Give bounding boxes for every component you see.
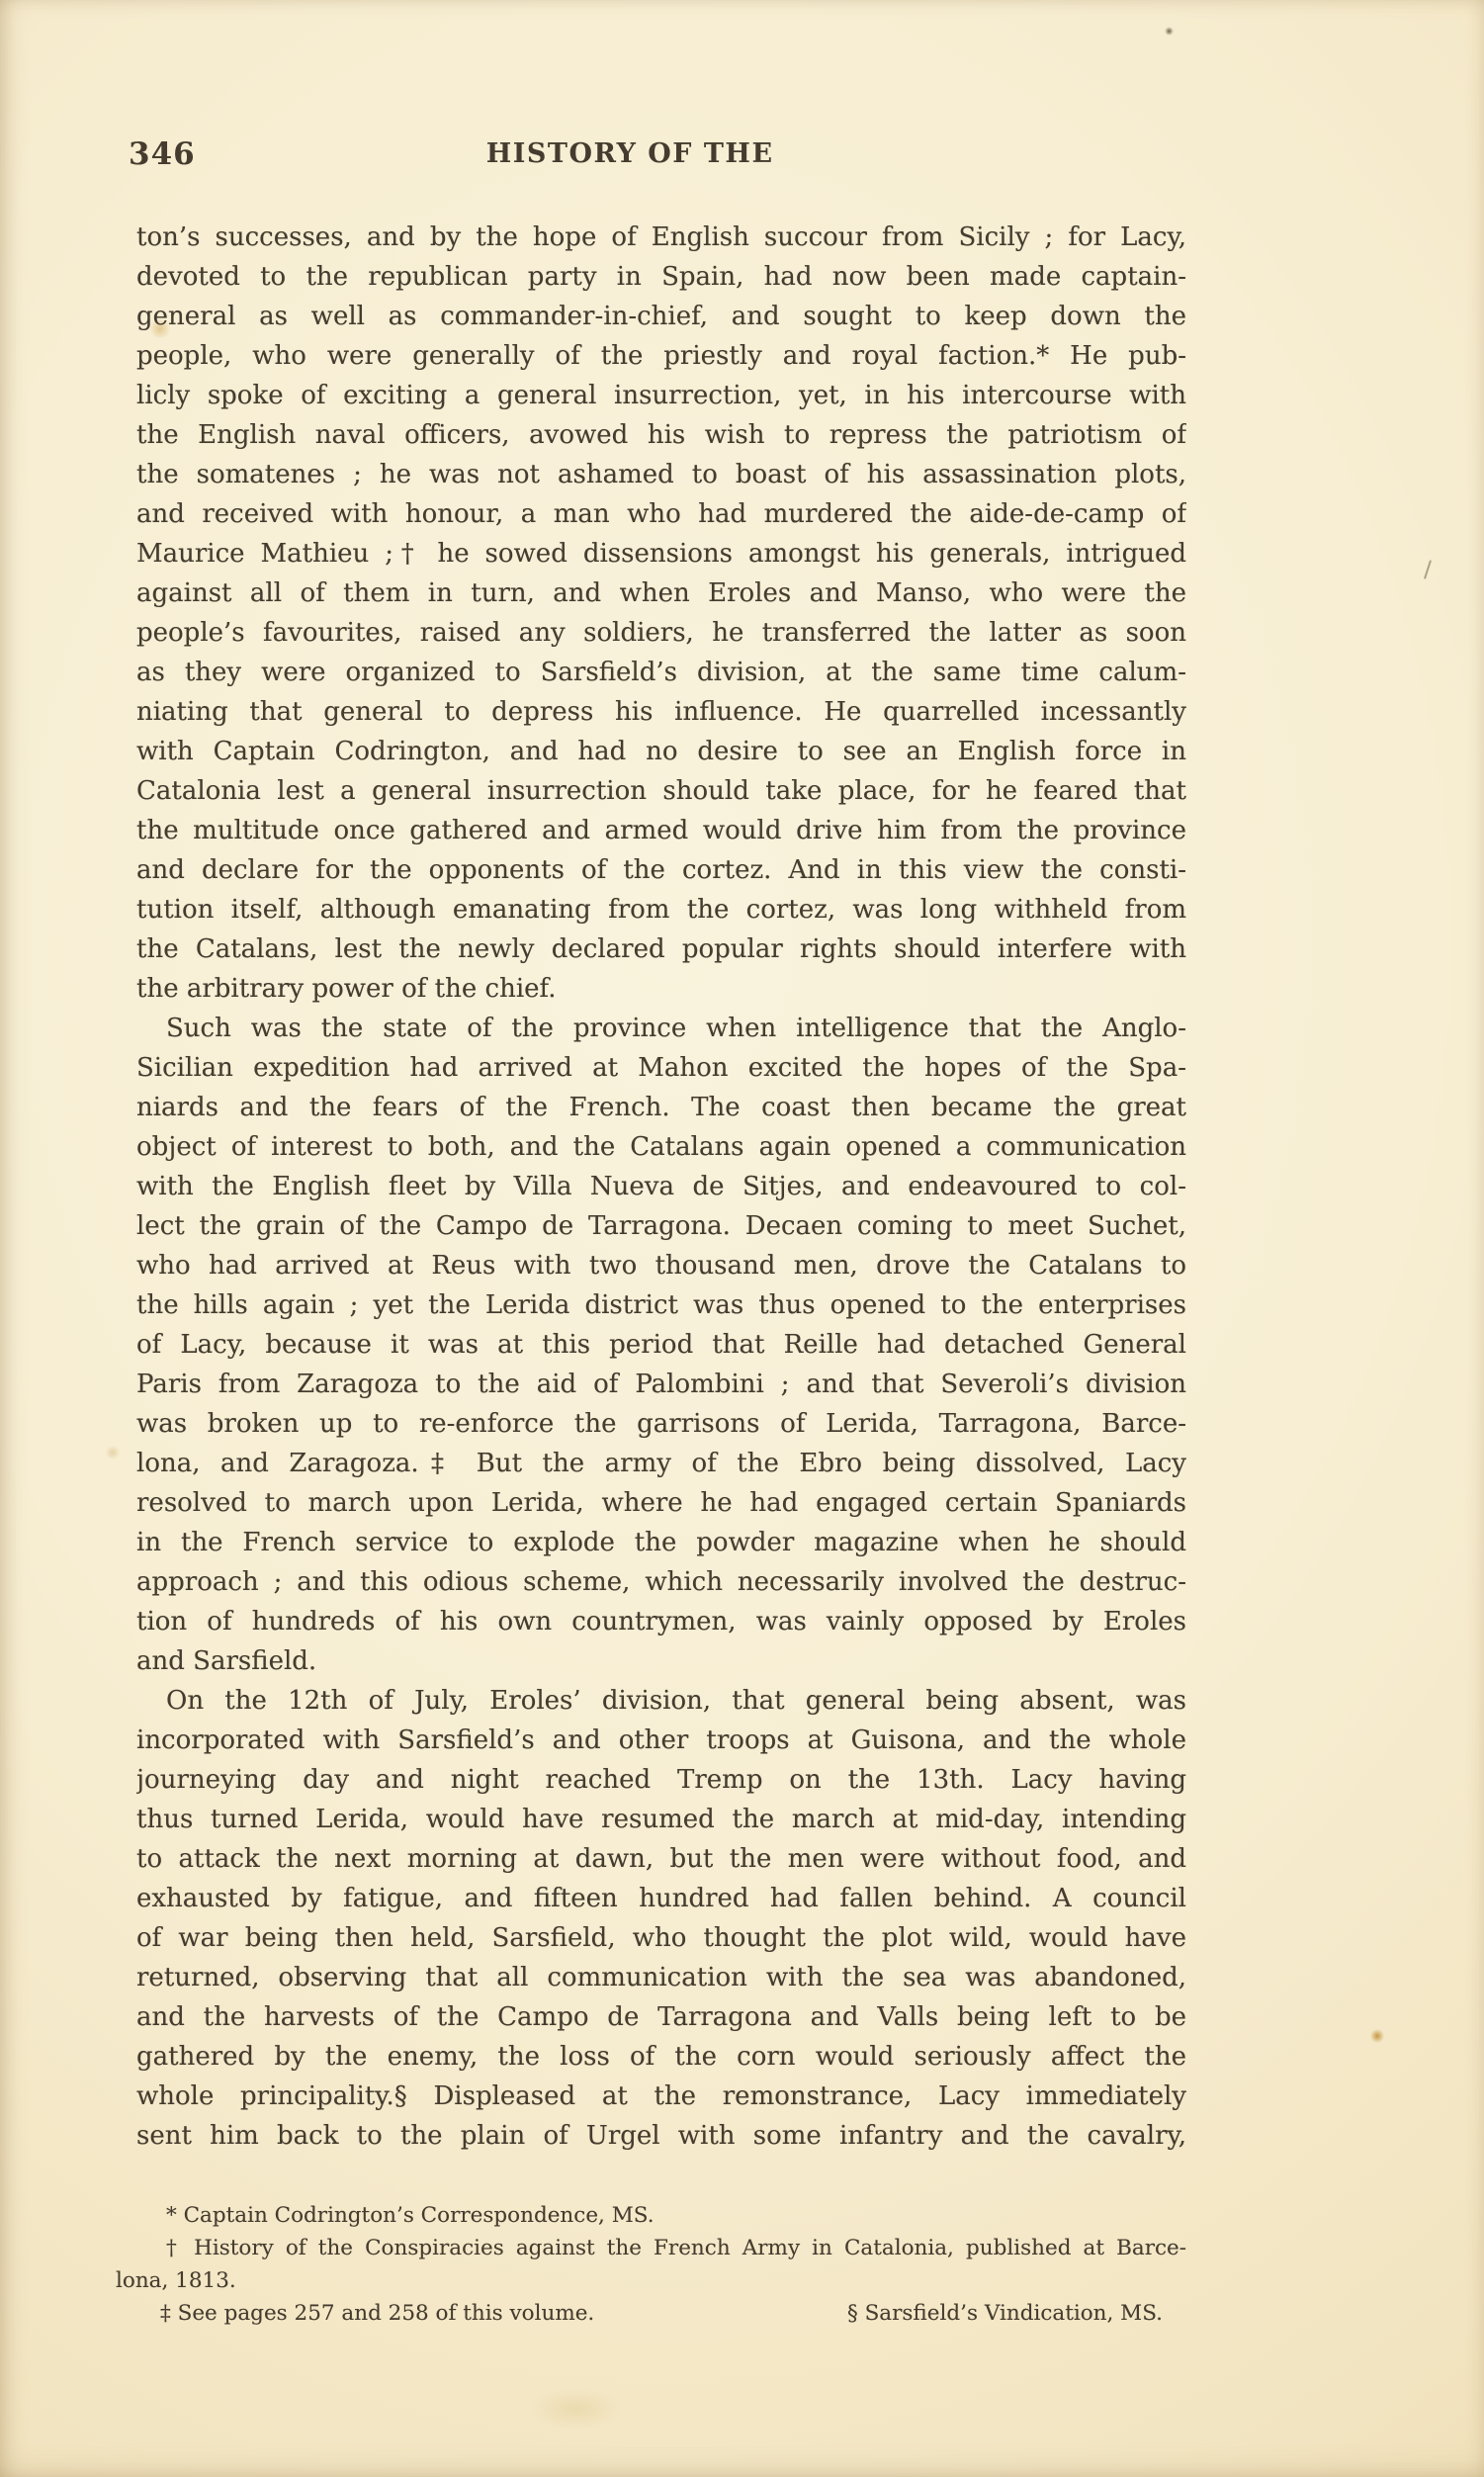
footnote-left: ‡ See pages 257 and 258 of this volume.	[136, 2297, 594, 2330]
text-line: in the French service to explode the pow…	[136, 1523, 1186, 1562]
text-line: the multitude once gathered and armed wo…	[136, 811, 1186, 850]
text-line: against all of them in turn, and when Er…	[136, 574, 1186, 613]
text-line: incorporated with Sarsfield’s and other …	[136, 1721, 1186, 1760]
text-line: the Catalans, lest the newly declared po…	[136, 929, 1186, 969]
text-line: the somatenes ; he was not ashamed to bo…	[136, 455, 1186, 494]
text-line: was broken up to re-enforce the garrison…	[136, 1404, 1186, 1444]
page-stain	[529, 2388, 623, 2430]
text-line: and Sarsfield.	[136, 1641, 1186, 1681]
text-line: thus turned Lerida, would have resumed t…	[136, 1800, 1186, 1839]
text-line: Maurice Mathieu ;† he sowed dissensions …	[136, 534, 1186, 574]
text-line: niating that general to depress his infl…	[136, 692, 1186, 732]
text-line: exhausted by fatigue, and fifteen hundre…	[136, 1879, 1186, 1918]
text-line: whole principality.§ Displeased at the r…	[136, 2077, 1186, 2116]
text-line: journeying day and night reached Tremp o…	[136, 1760, 1186, 1800]
text-line: tution itself, although emanating from t…	[136, 890, 1186, 929]
page-stain	[1165, 27, 1174, 36]
paragraph: On the 12th of July, Eroles’ division, t…	[136, 1681, 1186, 2156]
text-line: of war being then held, Sarsfield, who t…	[136, 1918, 1186, 1958]
text-line: to attack the next morning at dawn, but …	[136, 1839, 1186, 1879]
footnote-line: lona, 1813.	[116, 2264, 1186, 2297]
text-line: resolved to march upon Lerida, where he …	[136, 1483, 1186, 1523]
text-line: the arbitrary power of the chief.	[136, 969, 1186, 1009]
text-line: ton’s successes, and by the hope of Engl…	[136, 218, 1186, 257]
text-line: lona, and Zaragoza.‡ But the army of the…	[136, 1444, 1186, 1483]
footnote-line: ‡ See pages 257 and 258 of this volume. …	[136, 2297, 1186, 2330]
text-line: with the English fleet by Villa Nueva de…	[136, 1167, 1186, 1206]
text-line: Sicilian expedition had arrived at Mahon…	[136, 1048, 1186, 1088]
text-line: Such was the state of the province when …	[136, 1009, 1186, 1048]
text-line: with Captain Codrington, and had no desi…	[136, 732, 1186, 771]
text-line: approach ; and this odious scheme, which…	[136, 1562, 1186, 1602]
text-block: ton’s successes, and by the hope of Engl…	[136, 218, 1186, 2330]
footnote-line: * Captain Codrington’s Correspondence, M…	[136, 2199, 1186, 2232]
page-stain	[105, 1446, 121, 1460]
footnote-right: § Sarsfield’s Vindication, MS.	[847, 2297, 1163, 2330]
text-line: Paris from Zaragoza to the aid of Palomb…	[136, 1365, 1186, 1404]
footnotes: * Captain Codrington’s Correspondence, M…	[136, 2199, 1186, 2330]
footnote-line: † History of the Conspiracies against th…	[136, 2232, 1186, 2264]
text-line: niards and the fears of the French. The …	[136, 1088, 1186, 1127]
text-line: tion of hundreds of his own countrymen, …	[136, 1602, 1186, 1641]
text-line: sent him back to the plain of Urgel with…	[136, 2116, 1186, 2156]
book-page: 346 HISTORY OF THE ton’s successes, and …	[0, 0, 1484, 2477]
text-line: licly spoke of exciting a general insurr…	[136, 376, 1186, 415]
text-line: returned, observing that all communicati…	[136, 1958, 1186, 1997]
page-header: 346 HISTORY OF THE	[136, 136, 1186, 174]
paragraph: Such was the state of the province when …	[136, 1009, 1186, 1681]
text-line: of Lacy, because it was at this period t…	[136, 1325, 1186, 1365]
text-line: general as well as commander-in-chief, a…	[136, 297, 1186, 336]
page-number: 346	[129, 136, 196, 172]
text-line: and received with honour, a man who had …	[136, 494, 1186, 534]
paragraph: ton’s successes, and by the hope of Engl…	[136, 218, 1186, 1009]
text-line: the hills again ; yet the Lerida distric…	[136, 1285, 1186, 1325]
ink-mark	[1424, 560, 1432, 579]
text-line: gathered by the enemy, the loss of the c…	[136, 2037, 1186, 2077]
text-line: object of interest to both, and the Cata…	[136, 1127, 1186, 1167]
page-stain	[1370, 2029, 1384, 2043]
text-line: Catalonia lest a general insurrection sh…	[136, 771, 1186, 811]
text-line: people, who were generally of the priest…	[136, 336, 1186, 376]
running-title: HISTORY OF THE	[486, 138, 774, 169]
text-line: and declare for the opponents of the cor…	[136, 850, 1186, 890]
text-line: as they were organized to Sarsfield’s di…	[136, 653, 1186, 692]
text-line: and the harvests of the Campo de Tarrago…	[136, 1997, 1186, 2037]
text-line: On the 12th of July, Eroles’ division, t…	[136, 1681, 1186, 1721]
text-line: devoted to the republican party in Spain…	[136, 257, 1186, 297]
text-line: people’s favourites, raised any soldiers…	[136, 613, 1186, 653]
text-line: lect the grain of the Campo de Tarragona…	[136, 1206, 1186, 1246]
text-line: who had arrived at Reus with two thousan…	[136, 1246, 1186, 1285]
text-line: the English naval officers, avowed his w…	[136, 415, 1186, 455]
